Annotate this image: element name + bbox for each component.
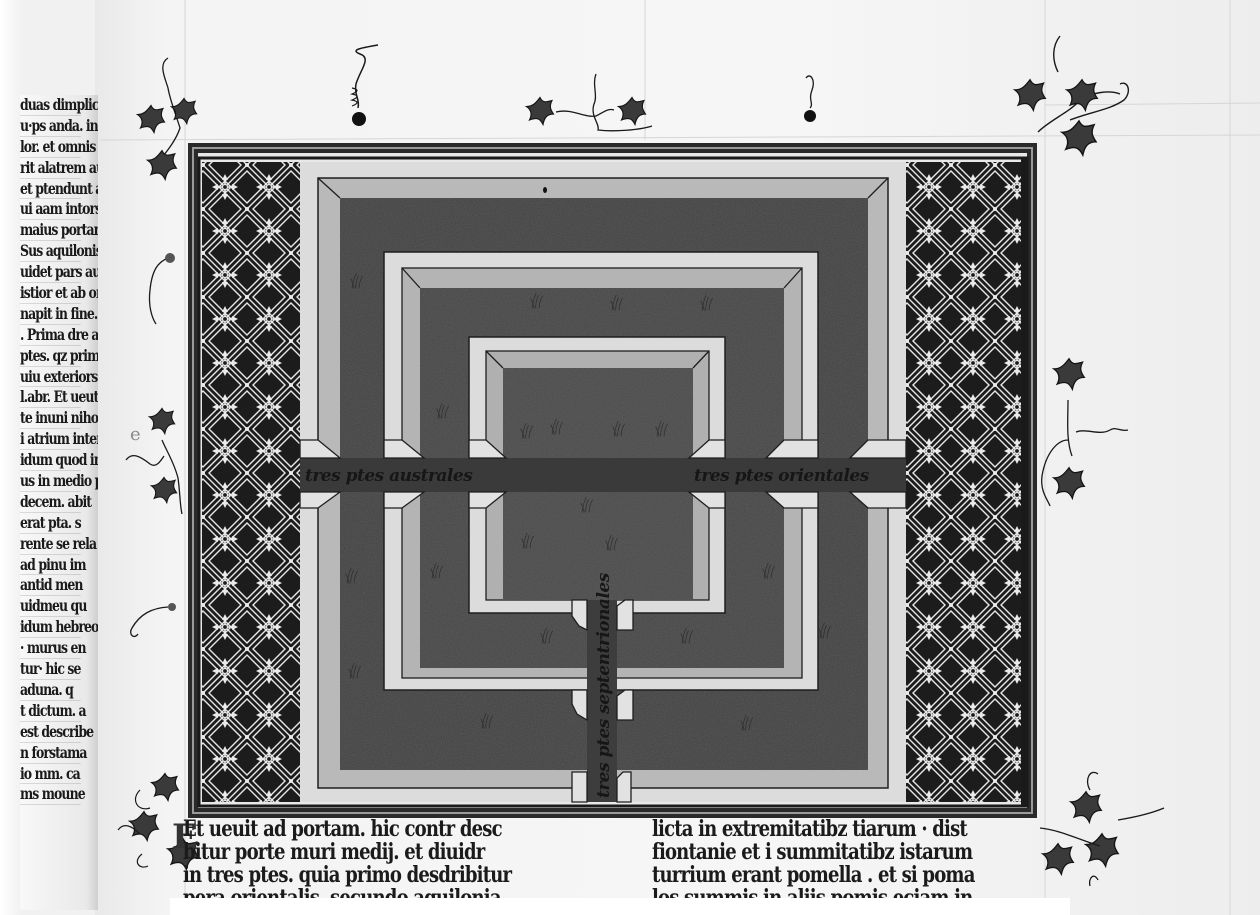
right-diaper-panel bbox=[906, 162, 1021, 802]
label-right-gate: tres ptes orientales bbox=[694, 466, 870, 486]
text-line: Et ueuit ad portam. hic contr desc bbox=[183, 818, 511, 841]
text-line: fiontanie et i summitatibz istarum bbox=[652, 841, 975, 864]
text-line: turrium erant pomella . et si poma bbox=[652, 864, 975, 887]
labyrinth-illustration: tres ptes australes tres ptes orientales… bbox=[0, 0, 1260, 915]
manuscript-page: duas dimplicauitu·ps anda. intelor. et o… bbox=[0, 0, 1260, 915]
vine-decoration-left-margin: e bbox=[126, 253, 182, 636]
left-diaper-panel bbox=[202, 162, 300, 802]
vine-decoration-top-middle bbox=[527, 74, 653, 131]
vine-decoration-top-center bbox=[352, 45, 378, 126]
vine-decoration-right-margin bbox=[1042, 359, 1128, 506]
label-bottom-gate: tres ptes septentrionales bbox=[594, 572, 614, 798]
vine-decoration-top-right bbox=[1015, 36, 1129, 155]
text-line: in tres ptes. quia primo desdribitur bbox=[183, 864, 511, 887]
bottom-text-right: licta in extremitatibz tiarum · distfion… bbox=[652, 818, 975, 910]
label-left-gate: tres ptes australes bbox=[305, 466, 473, 486]
page-bottom-edge bbox=[170, 898, 1070, 915]
bottom-text-left: Et ueuit ad portam. hic contr descbitur … bbox=[183, 818, 511, 910]
vine-decoration-top-right-dot bbox=[804, 76, 816, 122]
svg-text:e: e bbox=[130, 424, 141, 445]
vine-decoration-bottom-right bbox=[1040, 772, 1164, 886]
text-line: licta in extremitatibz tiarum · dist bbox=[652, 818, 975, 841]
vine-decoration-top-left bbox=[138, 58, 197, 179]
text-line: bitur porte muri medij. et diuidr bbox=[183, 841, 511, 864]
